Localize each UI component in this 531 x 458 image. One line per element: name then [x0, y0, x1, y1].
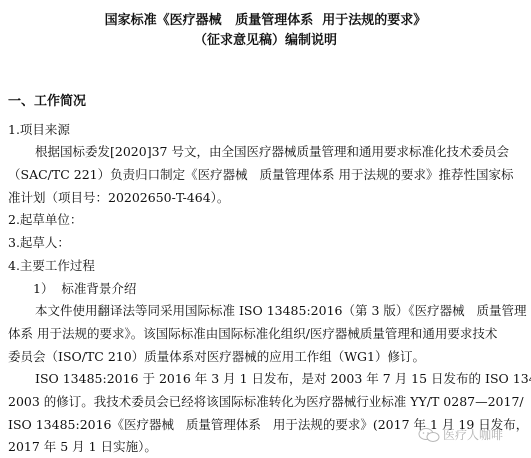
- document-title-line1: 国家标准《医疗器械 质量管理体系 用于法规的要求》: [0, 9, 531, 28]
- paragraph-line: 2017 年 5 月 1 日实施）。: [8, 438, 157, 455]
- paragraph-line: 准计划（项目号：20202650-T-464）。: [8, 189, 229, 206]
- item-heading-project-source: 1.项目来源: [8, 121, 70, 138]
- paragraph-line: （SAC/TC 221）负责归口制定《医疗器械 质量管理体系 用于法规的要求》推…: [8, 166, 514, 183]
- watermark-text: 医疗人咖啡: [443, 426, 503, 443]
- paragraph-line: 根据国标委发[2020]37 号文，由全国医疗器械质量管理和通用要求标准化技术委…: [35, 143, 509, 160]
- paragraph-line: 本文件使用翻译法等同采用国际标准 ISO 13485:2016（第 3 版）《医…: [35, 302, 527, 319]
- paragraph-line: 2003 的修订。我技术委员会已经将该国际标准转化为医疗器械行业标准 YY/T …: [8, 393, 524, 410]
- wechat-icon: [418, 427, 440, 443]
- document-title-line2: （征求意见稿）编制说明: [0, 29, 531, 48]
- item-heading-drafting-unit: 2.起草单位：: [8, 211, 82, 228]
- item-heading-drafter: 3.起草人：: [8, 234, 70, 251]
- paragraph-line: 委员会（ISO/TC 210）质量体系对医疗器械的应用工作组（WG1）修订。: [8, 348, 425, 365]
- paragraph-line: 体系 用于法规的要求》。该国际标准由国际标准化组织/医疗器械质量管理和通用要求技…: [8, 325, 497, 342]
- watermark: 医疗人咖啡: [418, 426, 503, 443]
- item-heading-main-work-process: 4.主要工作过程: [8, 257, 95, 274]
- paragraph-line: ISO 13485:2016 于 2016 年 3 月 1 日发布，是对 200…: [35, 370, 531, 387]
- document-page: 国家标准《医疗器械 质量管理体系 用于法规的要求》 （征求意见稿）编制说明 一、…: [0, 0, 531, 458]
- section-heading: 一、工作简况: [8, 90, 86, 109]
- subitem-heading-background: 1） 标准背景介绍: [33, 280, 136, 297]
